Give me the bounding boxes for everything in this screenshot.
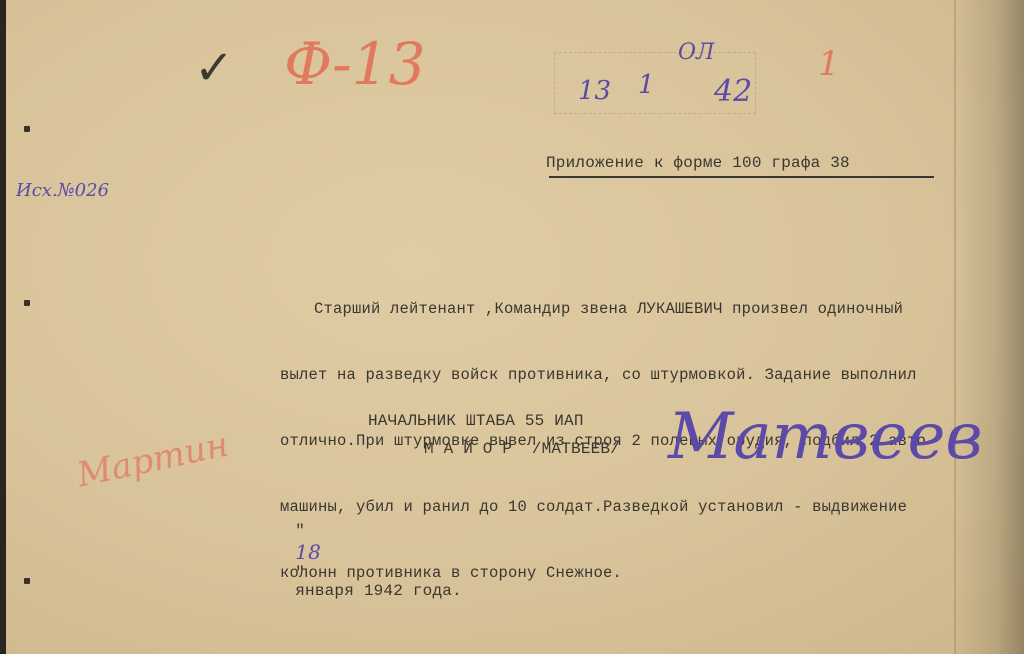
form-header: Приложение к форме 100 графа 38 — [546, 154, 850, 172]
document-date: " 18 " января 1942 года. — [256, 504, 462, 618]
margin-note-violet: Исх.№026 — [16, 180, 109, 201]
handwritten-signature: Матвеев — [668, 400, 983, 474]
punch-hole — [24, 126, 30, 132]
margin-red-signature: Мартин — [74, 424, 232, 495]
date-open-quote: " — [295, 522, 305, 540]
header-underline — [549, 176, 934, 178]
date-day: 18 — [295, 540, 321, 564]
page-edge-shadow — [954, 0, 1024, 654]
signatory-rank-name: М А Й О Р /МАТВЕЕВ/ — [424, 440, 620, 458]
stamp-mid: 1 — [638, 70, 655, 100]
stamp-year: 42 — [714, 74, 752, 109]
document-page: ✓ Ф-13 13 1 ОЛ 42 1 Исх.№026 Мартин Прил… — [6, 0, 1024, 654]
signatory-title: НАЧАЛЬНИК ШТАБА 55 ИАП — [368, 412, 584, 430]
body-line: вылет на разведку войск противника, со ш… — [280, 364, 936, 386]
red-number: 1 — [818, 44, 840, 84]
date-rest: января 1942 года. — [295, 582, 462, 600]
red-code-annotation: Ф-13 — [284, 30, 426, 98]
punch-hole — [24, 578, 30, 584]
body-line: Старший лейтенант ,Командир звена ЛУКАШЕ… — [314, 298, 936, 320]
date-close-quote: " — [295, 564, 305, 582]
stamp-number: 13 — [578, 76, 611, 106]
stamp-top: ОЛ — [678, 40, 714, 65]
checkmark-annotation: ✓ — [194, 40, 234, 96]
punch-hole — [24, 300, 30, 306]
